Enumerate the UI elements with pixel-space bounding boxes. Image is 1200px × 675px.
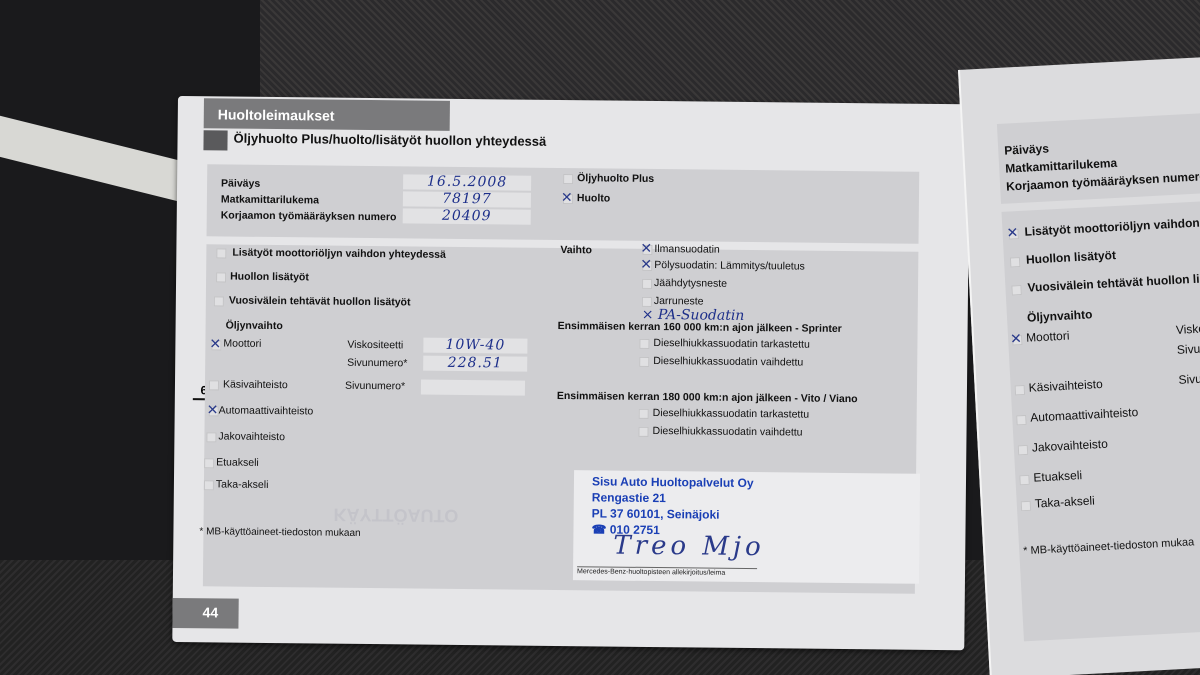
right-viscosity-label: Viskos [1176,321,1200,337]
right-other-label: Jakovaihteisto [1031,437,1108,455]
checkbox-additional-oil[interactable] [216,248,226,258]
right-date-label: Päiväys [1004,141,1049,157]
right-manual-gearbox-label: Käsivaihteisto [1028,377,1103,395]
service-booklet-right-page: Päiväys Matkamittarilukema Korjaamon työ… [958,56,1200,675]
other-label: Automaattivaihteisto [219,404,314,417]
page-number-field[interactable]: 228.51 [423,356,527,372]
subtitle-marker [203,130,227,150]
service-booklet-left-page: Huoltoleimaukset Öljyhuolto Plus/huolto/… [172,96,970,650]
right-odometer-label: Matkamittarilukema [1005,156,1118,176]
stamp-street: Rengastie 21 [592,490,666,505]
checkbox-brake-fluid[interactable] [642,297,652,307]
odometer-field[interactable]: 78197 [403,191,531,207]
right-work-box: Lisätyöt moottoriöljyn vaihdon Huollon l… [1001,199,1200,641]
right-engine-label: Moottori [1026,329,1070,345]
right-checkbox-additional-yearly[interactable] [1011,285,1022,296]
manual-gearbox-label: Käsivaihteisto [223,378,288,391]
order-number-field[interactable]: 20409 [403,208,531,224]
right-checkbox-automatic[interactable] [1016,415,1027,426]
additional-label: Huollon lisätyöt [230,271,309,284]
right-checkbox-transfer[interactable] [1018,445,1029,456]
right-other-label: Automaattivaihteisto [1030,405,1139,425]
checkbox-rear-axle[interactable] [204,480,214,490]
right-checkbox-additional-service[interactable] [1010,257,1021,268]
stamp-postal: PL 37 60101, Seinäjoki [592,506,720,521]
vito-item-label: Dieselhiukkassuodatin vaihdettu [652,425,802,439]
right-additional-label: Huollon lisätyöt [1026,248,1117,267]
checkbox-manual-gearbox[interactable] [209,380,219,390]
checkbox-huolto[interactable] [563,194,573,204]
sprinter-item-label: Dieselhiukkassuodatin vaihdettu [653,355,803,369]
sprinter-item-label: Dieselhiukkassuodatin tarkastettu [653,337,810,351]
vito-heading: Ensimmäisen kerran 180 000 km:n ajon jäl… [557,390,858,405]
checkbox-automatic-gearbox[interactable] [209,406,219,416]
additional-label: Lisätyöt moottoriöljyn vaihdon yhteydess… [232,247,446,261]
right-checkbox-engine[interactable] [1012,335,1023,346]
right-checkbox-manual-gearbox[interactable] [1015,385,1026,396]
watermark-text: KÄYTTÖAUTO [334,504,459,526]
checkbox-engine[interactable] [211,340,221,350]
change-item-label: Jarruneste [654,295,704,308]
checkbox-air-filter[interactable] [642,245,652,255]
order-number-label: Korjaamon työmääräyksen numero [221,209,397,223]
checkbox-additional-service[interactable] [216,272,226,282]
odometer-label: Matkamittarilukema [221,193,319,206]
engine-label: Moottori [223,337,261,349]
service-type-label: Huolto [577,192,610,204]
section-title: Huoltoleimaukset [204,98,450,131]
signature: Treo Mjo [613,531,765,563]
stamp-company: Sisu Auto Huoltopalvelut Oy [592,474,754,490]
checkbox-vito-replaced[interactable] [638,427,648,437]
checkbox-pollen-filter[interactable] [642,261,652,271]
right-page-number-label: Sivunu [1177,341,1200,357]
right-checkbox-rear-axle[interactable] [1021,501,1032,512]
checkbox-additional-yearly[interactable] [214,296,224,306]
date-field[interactable]: 16.5.2008 [403,174,531,190]
right-additional-label: Vuosivälein tehtävät huollon li [1027,272,1200,295]
viscosity-field[interactable]: 10W-40 [423,338,527,354]
checkbox-vito-inspected[interactable] [639,409,649,419]
manual-page-number-field[interactable] [421,380,525,396]
change-item-label: Jäähdytysneste [654,277,727,290]
dealer-stamp: Sisu Auto Huoltopalvelut Oy Rengastie 21… [573,470,920,584]
right-other-label: Etuakseli [1033,468,1082,485]
checkbox-coolant[interactable] [642,279,652,289]
page-number: 44 [172,598,238,629]
change-item-label: Ilmansuodatin [654,243,719,256]
checkbox-sprinter-inspected[interactable] [639,339,649,349]
page-number-label: Sivunumero* [347,357,407,370]
other-label: Taka-akseli [216,478,269,491]
right-additional-label: Lisätyöt moottoriöljyn vaihdon [1024,216,1200,239]
footnote: * MB-käyttöaineet-tiedoston mukaan [199,526,360,539]
oil-change-heading: Öljynvaihto [226,320,283,333]
sprinter-heading: Ensimmäisen kerran 160 000 km:n ajon jäl… [558,320,842,335]
right-info-box: Päiväys Matkamittarilukema Korjaamon työ… [997,111,1200,203]
right-checkbox-additional-oil[interactable] [1008,229,1019,240]
service-type-label: Öljyhuolto Plus [577,172,654,185]
stamp-caption: Mercedes-Benz-huoltopisteen allekirjoitu… [577,566,757,577]
page-subtitle: Öljyhuolto Plus/huolto/lisätyöt huollon … [233,131,546,149]
change-item-label: Pölysuodatin: Lämmitys/tuuletus [654,259,805,273]
right-oil-change-heading: Öljynvaihto [1027,307,1093,324]
other-label: Jakovaihteisto [218,430,285,443]
right-checkbox-front-axle[interactable] [1019,475,1030,486]
viscosity-label: Viskositeetti [347,339,403,352]
right-other-label: Taka-akseli [1034,493,1095,510]
checkbox-oljyhuolto-plus[interactable] [563,174,573,184]
other-label: Etuakseli [216,456,259,468]
change-label: Vaihto [560,244,592,256]
checkbox-transfer-case[interactable] [206,432,216,442]
date-label: Päiväys [221,177,260,189]
manual-page-number-label: Sivunumero* [345,380,405,393]
info-box: Päiväys 16.5.2008 Matkamittarilukema 781… [207,164,920,243]
additional-label: Vuosivälein tehtävät huollon lisätyöt [229,295,411,309]
right-footnote: * MB-käyttöaineet-tiedoston mukaa [1023,536,1195,557]
right-manual-page-number-label: Sivunu [1178,371,1200,387]
vito-item-label: Dieselhiukkassuodatin tarkastettu [653,407,810,421]
checkbox-front-axle[interactable] [204,458,214,468]
checkbox-sprinter-replaced[interactable] [639,357,649,367]
